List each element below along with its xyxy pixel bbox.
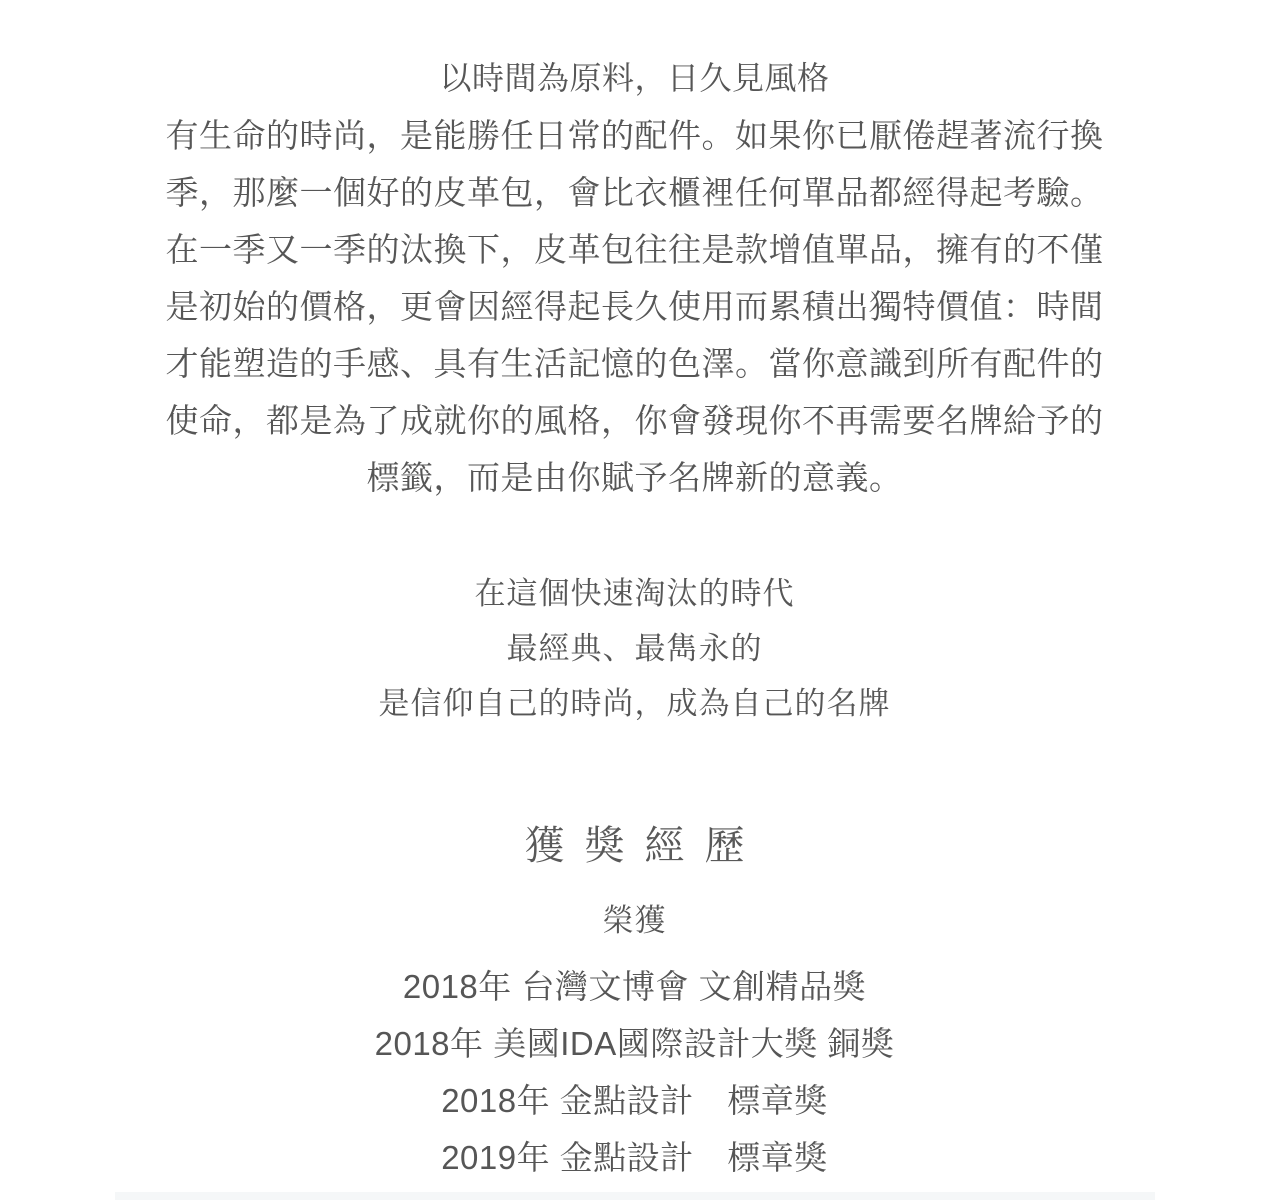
award-item: 2018年 台灣文博會 文創精品獎 — [135, 958, 1135, 1015]
intro-paragraph-line: 在一季又一季的汰換下，皮革包往往是款增值單品，擁有的不僅 — [135, 221, 1135, 278]
awards-list: 2018年 台灣文博會 文創精品獎 2018年 美國IDA國際設計大獎 銅獎 2… — [135, 958, 1135, 1186]
intro-title: 以時間為原料，日久見風格 — [135, 50, 1135, 107]
content-column: 以時間為原料，日久見風格 有生命的時尚，是能勝任日常的配件。如果你已厭倦趕著流行… — [135, 0, 1135, 1186]
intro-paragraph-line: 季，那麼一個好的皮革包，會比衣櫃裡任何單品都經得起考驗。 — [135, 164, 1135, 221]
awards-heading: 獲獎經歷 — [135, 816, 1135, 876]
awards-section: 獲獎經歷 榮獲 2018年 台灣文博會 文創精品獎 2018年 美國IDA國際設… — [135, 816, 1135, 1186]
intro-paragraph-line: 是初始的價格，更會因經得起長久使用而累積出獨特價值：時間 — [135, 278, 1135, 335]
intro-paragraph-line: 使命，都是為了成就你的風格，你會發現你不再需要名牌給予的 — [135, 392, 1135, 449]
award-item: 2019年 金點設計 標章獎 — [135, 1129, 1135, 1186]
intro-paragraph-line: 有生命的時尚，是能勝任日常的配件。如果你已厭倦趕著流行換 — [135, 107, 1135, 164]
brand-story-page: 以時間為原料，日久見風格 有生命的時尚，是能勝任日常的配件。如果你已厭倦趕著流行… — [0, 0, 1269, 1200]
manifesto-line: 是信仰自己的時尚，成為自己的名牌 — [135, 676, 1135, 731]
award-item: 2018年 金點設計 標章獎 — [135, 1072, 1135, 1129]
awards-subheading: 榮獲 — [135, 893, 1135, 948]
intro-paragraph-line: 標籤，而是由你賦予名牌新的意義。 — [135, 449, 1135, 506]
next-section-top-edge — [115, 1192, 1155, 1200]
manifesto-section: 在這個快速淘汰的時代 最經典、最雋永的 是信仰自己的時尚，成為自己的名牌 — [135, 566, 1135, 731]
manifesto-line: 在這個快速淘汰的時代 — [135, 566, 1135, 621]
intro-paragraph-line: 才能塑造的手感、具有生活記憶的色澤。當你意識到所有配件的 — [135, 335, 1135, 392]
manifesto-line: 最經典、最雋永的 — [135, 621, 1135, 676]
intro-section: 以時間為原料，日久見風格 有生命的時尚，是能勝任日常的配件。如果你已厭倦趕著流行… — [135, 0, 1135, 506]
award-item: 2018年 美國IDA國際設計大獎 銅獎 — [135, 1015, 1135, 1072]
